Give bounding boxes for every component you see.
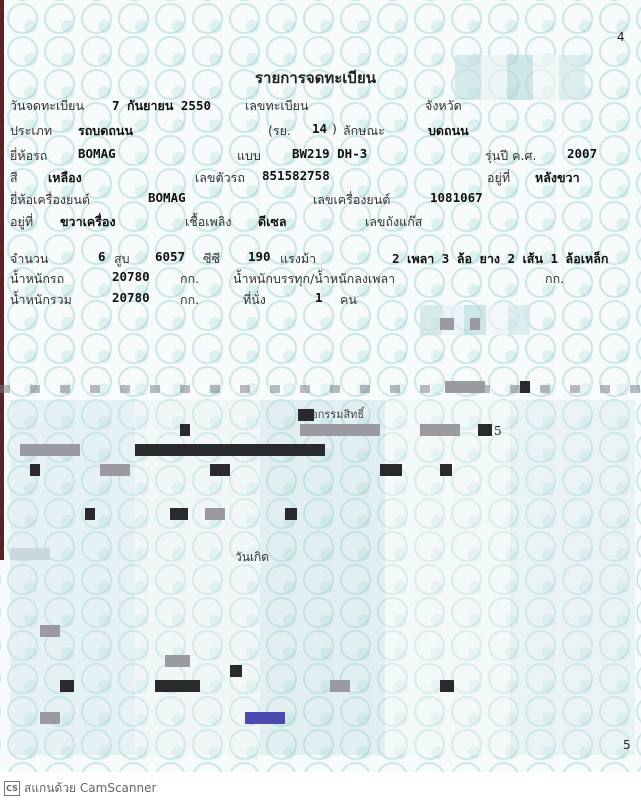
hp-value: 190	[248, 249, 271, 264]
type-value: รถบดถนน	[78, 121, 133, 141]
redacted-pixel	[330, 680, 350, 692]
redacted-pixel	[60, 680, 74, 692]
redacted-pixel	[520, 381, 530, 393]
cc-value: 6057	[155, 249, 185, 264]
redacted-pixel	[170, 508, 188, 520]
redacted-pixel	[210, 464, 230, 476]
type-label: ประเภท	[10, 121, 52, 141]
color-value: เหลือง	[48, 168, 82, 188]
fuel-value: ดีเซล	[258, 212, 287, 232]
redacted-pixel	[180, 424, 190, 436]
redacted-pixel	[440, 464, 452, 476]
cc-unit: ซีซี	[203, 249, 220, 269]
reg-date-label: วันจดทะเบียน	[10, 96, 84, 116]
cylinders-unit: สูบ	[114, 249, 130, 269]
seats-value: 1	[315, 290, 323, 305]
camscanner-watermark: CS สแกนด้วย CamScanner	[4, 779, 156, 798]
redacted-pixel	[478, 424, 492, 436]
character-value: บดถนน	[428, 121, 469, 141]
redacted-pixel	[85, 508, 95, 520]
brand-value: BOMAG	[78, 146, 116, 161]
engine-brand-label: ยี่ห้อเครื่องยนต์	[10, 190, 90, 210]
engine-number-value: 1081067	[430, 190, 483, 205]
redacted-pixel	[470, 318, 480, 330]
redacted-pixel	[300, 424, 380, 436]
redacted-pixel	[380, 464, 402, 476]
engine-brand-value: BOMAG	[148, 190, 186, 205]
redacted-name	[135, 444, 325, 456]
load-weight-unit: กก.	[545, 269, 564, 289]
province-label: จังหวัด	[425, 96, 462, 116]
redacted-pixel	[40, 712, 60, 724]
color-label: สี	[10, 168, 18, 188]
redacted-pixel	[230, 665, 242, 677]
redacted-pixel	[20, 444, 80, 456]
redacted-pixel	[445, 381, 485, 393]
document-title: รายการจดทะเบียน	[255, 66, 376, 90]
vehicle-weight-label: น้ำหนักรถ	[10, 269, 64, 289]
camscanner-logo-icon: CS	[4, 781, 20, 796]
cylinders-value: 6	[98, 249, 106, 264]
page-fold	[0, 385, 641, 393]
seats-label: ที่นั่ง	[243, 290, 266, 310]
redacted-pixel	[440, 318, 454, 330]
redacted-pixel	[298, 409, 314, 421]
model-value: BW219 DH-3	[292, 146, 367, 161]
cylinders-label: จำนวน	[10, 249, 48, 269]
ry-value: 14	[312, 121, 327, 136]
character-label: ลักษณะ	[343, 121, 385, 141]
engine-number-label: เลขเครื่องยนต์	[313, 190, 390, 210]
axle-wheel-value: 2 เพลา 3 ล้อ ยาง 2 เส้น 1 ล้อเหล็ก	[392, 249, 608, 269]
redacted-pixel	[420, 424, 460, 436]
year-value: 2007	[567, 146, 597, 161]
redacted-pixel	[285, 508, 297, 520]
redacted-pixel	[30, 464, 40, 476]
brand-label: ยี่ห้อรถ	[10, 146, 47, 166]
page-number-mid: 5	[494, 424, 502, 438]
page-number-top: 4	[617, 30, 625, 44]
redacted-pixel	[40, 625, 60, 637]
model-label: แบบ	[237, 146, 261, 166]
load-weight-label: น้ำหนักบรรทุก/น้ำหนักลงเพลา	[233, 269, 395, 289]
engine-location-value: ขวาเครื่อง	[60, 212, 116, 232]
redacted-pixel	[205, 508, 225, 520]
redacted-pixel	[100, 464, 130, 476]
engine-location-label: อยู่ที่	[10, 212, 33, 232]
ry-prefix: (รย.	[268, 121, 291, 141]
total-weight-label: น้ำหนักรวม	[10, 290, 72, 310]
redacted-registration-number	[455, 55, 585, 100]
page-number-bottom: 5	[623, 738, 631, 752]
chassis-location-value: หลังขวา	[535, 168, 580, 188]
reg-number-label: เลขทะเบียน	[245, 96, 309, 116]
reg-date-value: 7 กันยายน 2550	[112, 96, 211, 116]
gas-tank-label: เลขถังแก๊ส	[365, 212, 422, 232]
fuel-label: เชื้อเพลิง	[185, 212, 232, 232]
ry-suffix: )	[332, 121, 337, 136]
chassis-label: เลขตัวรถ	[195, 168, 245, 188]
redacted-pixel	[10, 548, 50, 560]
vehicle-weight-value: 20780	[112, 269, 150, 284]
vehicle-weight-unit: กก.	[180, 269, 199, 289]
redacted-pixel	[440, 680, 454, 692]
camscanner-text: สแกนด้วย CamScanner	[24, 779, 156, 798]
chassis-location-label: อยู่ที่	[487, 168, 510, 188]
redacted-pixel	[245, 712, 285, 724]
page-edge	[0, 0, 4, 560]
hp-unit: แรงม้า	[280, 249, 316, 269]
birth-label: วันเกิด	[235, 548, 269, 567]
total-weight-unit: กก.	[180, 290, 199, 310]
redacted-pixel	[165, 655, 190, 667]
year-label: รุ่นปี ค.ศ.	[485, 146, 536, 166]
seats-unit: คน	[340, 290, 357, 310]
chassis-value: 851582758	[262, 168, 330, 183]
registration-page: 4 รายการจดทะเบียน วันจดทะเบียน 7 กันยายน…	[0, 0, 641, 772]
redacted-pixel	[155, 680, 200, 692]
total-weight-value: 20780	[112, 290, 150, 305]
